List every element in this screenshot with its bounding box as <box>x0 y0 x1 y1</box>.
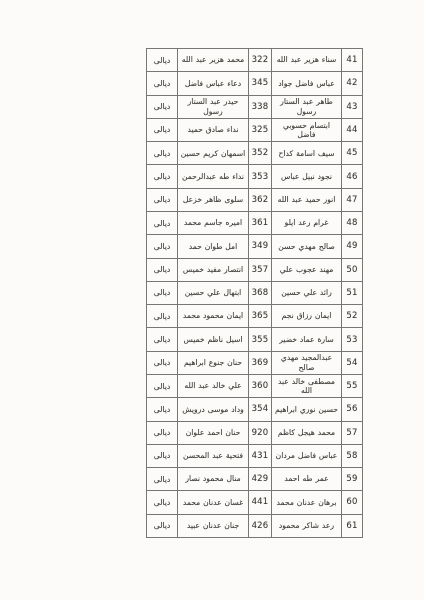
name-right-cell: حسين نوري ابراهيم <box>272 398 342 421</box>
table-row: 54عبدالمجيد مهدي صالح369حنان جنوع ابراهي… <box>147 351 363 374</box>
name-right-cell: سارة عماد خضير <box>272 328 342 351</box>
serial-number-cell: 47 <box>342 188 363 211</box>
governorate-cell: ديالى <box>147 142 178 165</box>
serial-number-cell: 58 <box>342 444 363 467</box>
name-right-cell: رائد علي حسين <box>272 281 342 304</box>
table-row: 46نجود نبيل عباس353نداء طه عبدالرحمنديال… <box>147 165 363 188</box>
name-left-cell: وداد موسى درويش <box>178 398 249 421</box>
name-left-cell: علي خالد عبد الله <box>178 374 249 397</box>
table-row: 43طاهر عبد الستار رسول338حيدر عبد الستار… <box>147 95 363 118</box>
name-left-cell: غسان عدنان محمد <box>178 491 249 514</box>
serial-number-cell: 60 <box>342 491 363 514</box>
governorate-cell: ديالى <box>147 491 178 514</box>
serial-number-cell: 52 <box>342 305 363 328</box>
name-left-cell: حنان جنوع ابراهيم <box>178 351 249 374</box>
lottery-number-cell: 368 <box>249 281 272 304</box>
governorate-cell: ديالى <box>147 118 178 141</box>
table-row: 49صالح مهدي حسن349امل طوان حمدديالى <box>147 235 363 258</box>
table-row: 42عباس فاضل جواد345دعاء عباس فاضلديالى <box>147 72 363 95</box>
serial-number-cell: 46 <box>342 165 363 188</box>
table-row: 59عمر طه احمد429منال محمود نصارديالى <box>147 468 363 491</box>
name-left-cell: نداء صادق حميد <box>178 118 249 141</box>
serial-number-cell: 59 <box>342 468 363 491</box>
serial-number-cell: 44 <box>342 118 363 141</box>
serial-number-cell: 55 <box>342 374 363 397</box>
name-left-cell: انتصار مفيد خميس <box>178 258 249 281</box>
table-row: 52ايمان رزاق نجم365ايمان محمود محمدديالى <box>147 305 363 328</box>
serial-number-cell: 50 <box>342 258 363 281</box>
name-left-cell: حنان احمد علوان <box>178 421 249 444</box>
name-right-cell: انور حميد عبد الله <box>272 188 342 211</box>
name-left-cell: حيدر عبد الستار رسول <box>178 95 249 118</box>
governorate-cell: ديالى <box>147 305 178 328</box>
lottery-number-cell: 357 <box>249 258 272 281</box>
serial-number-cell: 43 <box>342 95 363 118</box>
lottery-number-cell: 345 <box>249 72 272 95</box>
table-row: 58عباس فاضل مردان431فتحية عبد المحسنديال… <box>147 444 363 467</box>
table-row: 50مهند عجوب علي357انتصار مفيد خميسديالى <box>147 258 363 281</box>
name-left-cell: ابتهال علي حسين <box>178 281 249 304</box>
governorate-cell: ديالى <box>147 328 178 351</box>
governorate-cell: ديالى <box>147 72 178 95</box>
serial-number-cell: 41 <box>342 49 363 72</box>
table-row: 61رعد شاكر محمود426جنان عدنان عبيدديالى <box>147 514 363 537</box>
lottery-number-cell: 354 <box>249 398 272 421</box>
name-left-cell: اسيل ناظم خميس <box>178 328 249 351</box>
serial-number-cell: 48 <box>342 211 363 234</box>
lottery-number-cell: 429 <box>249 468 272 491</box>
name-right-cell: عمر طه احمد <box>272 468 342 491</box>
lottery-number-cell: 361 <box>249 211 272 234</box>
lottery-number-cell: 362 <box>249 188 272 211</box>
name-left-cell: ايمان محمود محمد <box>178 305 249 328</box>
governorate-cell: ديالى <box>147 468 178 491</box>
name-right-cell: برهان عدنان محمد <box>272 491 342 514</box>
table-row: 56حسين نوري ابراهيم354وداد موسى درويشديا… <box>147 398 363 421</box>
table-body: 41سناء هزير عبد الله322محمد هزير عبد الل… <box>147 49 363 538</box>
serial-number-cell: 57 <box>342 421 363 444</box>
name-right-cell: سيف اسامة كداح <box>272 142 342 165</box>
lottery-number-cell: 441 <box>249 491 272 514</box>
lottery-number-cell: 431 <box>249 444 272 467</box>
table-row: 51رائد علي حسين368ابتهال علي حسينديالى <box>147 281 363 304</box>
name-left-cell: جنان عدنان عبيد <box>178 514 249 537</box>
name-left-cell: امل طوان حمد <box>178 235 249 258</box>
name-right-cell: نجود نبيل عباس <box>272 165 342 188</box>
name-left-cell: اسمهان كريم حسين <box>178 142 249 165</box>
governorate-cell: ديالى <box>147 258 178 281</box>
governorate-cell: ديالى <box>147 235 178 258</box>
lottery-number-cell: 349 <box>249 235 272 258</box>
lottery-number-cell: 325 <box>249 118 272 141</box>
lottery-number-cell: 322 <box>249 49 272 72</box>
serial-number-cell: 53 <box>342 328 363 351</box>
serial-number-cell: 61 <box>342 514 363 537</box>
table-row: 57محمد هيجل كاظم920حنان احمد علوانديالى <box>147 421 363 444</box>
serial-number-cell: 51 <box>342 281 363 304</box>
table-row: 48غرام رعد ايلو361اميره جاسم محمدديالى <box>147 211 363 234</box>
governorate-cell: ديالى <box>147 374 178 397</box>
serial-number-cell: 42 <box>342 72 363 95</box>
name-left-cell: محمد هزير عبد الله <box>178 49 249 72</box>
name-right-cell: غرام رعد ايلو <box>272 211 342 234</box>
name-right-cell: عبدالمجيد مهدي صالح <box>272 351 342 374</box>
name-left-cell: دعاء عباس فاضل <box>178 72 249 95</box>
governorate-cell: ديالى <box>147 398 178 421</box>
name-right-cell: ابتسام حسوبي فاضل <box>272 118 342 141</box>
name-right-cell: عباس فاضل جواد <box>272 72 342 95</box>
governorate-cell: ديالى <box>147 211 178 234</box>
names-table: 41سناء هزير عبد الله322محمد هزير عبد الل… <box>146 48 363 538</box>
lottery-number-cell: 352 <box>249 142 272 165</box>
name-left-cell: سلوى ظاهر خزعل <box>178 188 249 211</box>
table-row: 41سناء هزير عبد الله322محمد هزير عبد الل… <box>147 49 363 72</box>
lottery-number-cell: 365 <box>249 305 272 328</box>
table-row: 53سارة عماد خضير355اسيل ناظم خميسديالى <box>147 328 363 351</box>
table-row: 44ابتسام حسوبي فاضل325نداء صادق حميدديال… <box>147 118 363 141</box>
name-left-cell: فتحية عبد المحسن <box>178 444 249 467</box>
table-row: 60برهان عدنان محمد441غسان عدنان محمدديال… <box>147 491 363 514</box>
governorate-cell: ديالى <box>147 95 178 118</box>
serial-number-cell: 49 <box>342 235 363 258</box>
lottery-number-cell: 920 <box>249 421 272 444</box>
name-right-cell: سناء هزير عبد الله <box>272 49 342 72</box>
name-left-cell: منال محمود نصار <box>178 468 249 491</box>
governorate-cell: ديالى <box>147 165 178 188</box>
lottery-number-cell: 426 <box>249 514 272 537</box>
name-right-cell: مصطفى خالد عبد الله <box>272 374 342 397</box>
table-row: 47انور حميد عبد الله362سلوى ظاهر خزعلديا… <box>147 188 363 211</box>
lottery-number-cell: 360 <box>249 374 272 397</box>
name-right-cell: رعد شاكر محمود <box>272 514 342 537</box>
serial-number-cell: 56 <box>342 398 363 421</box>
name-right-cell: ايمان رزاق نجم <box>272 305 342 328</box>
governorate-cell: ديالى <box>147 444 178 467</box>
table-row: 45سيف اسامة كداح352اسمهان كريم حسينديالى <box>147 142 363 165</box>
name-left-cell: نداء طه عبدالرحمن <box>178 165 249 188</box>
table-row: 55مصطفى خالد عبد الله360علي خالد عبد الل… <box>147 374 363 397</box>
governorate-cell: ديالى <box>147 421 178 444</box>
name-right-cell: عباس فاضل مردان <box>272 444 342 467</box>
governorate-cell: ديالى <box>147 281 178 304</box>
name-left-cell: اميره جاسم محمد <box>178 211 249 234</box>
scanned-document-page: 41سناء هزير عبد الله322محمد هزير عبد الل… <box>0 0 424 600</box>
name-right-cell: مهند عجوب علي <box>272 258 342 281</box>
governorate-cell: ديالى <box>147 49 178 72</box>
name-right-cell: طاهر عبد الستار رسول <box>272 95 342 118</box>
lottery-number-cell: 369 <box>249 351 272 374</box>
serial-number-cell: 54 <box>342 351 363 374</box>
lottery-number-cell: 355 <box>249 328 272 351</box>
governorate-cell: ديالى <box>147 351 178 374</box>
lottery-number-cell: 338 <box>249 95 272 118</box>
governorate-cell: ديالى <box>147 514 178 537</box>
name-right-cell: محمد هيجل كاظم <box>272 421 342 444</box>
governorate-cell: ديالى <box>147 188 178 211</box>
serial-number-cell: 45 <box>342 142 363 165</box>
lottery-number-cell: 353 <box>249 165 272 188</box>
name-right-cell: صالح مهدي حسن <box>272 235 342 258</box>
